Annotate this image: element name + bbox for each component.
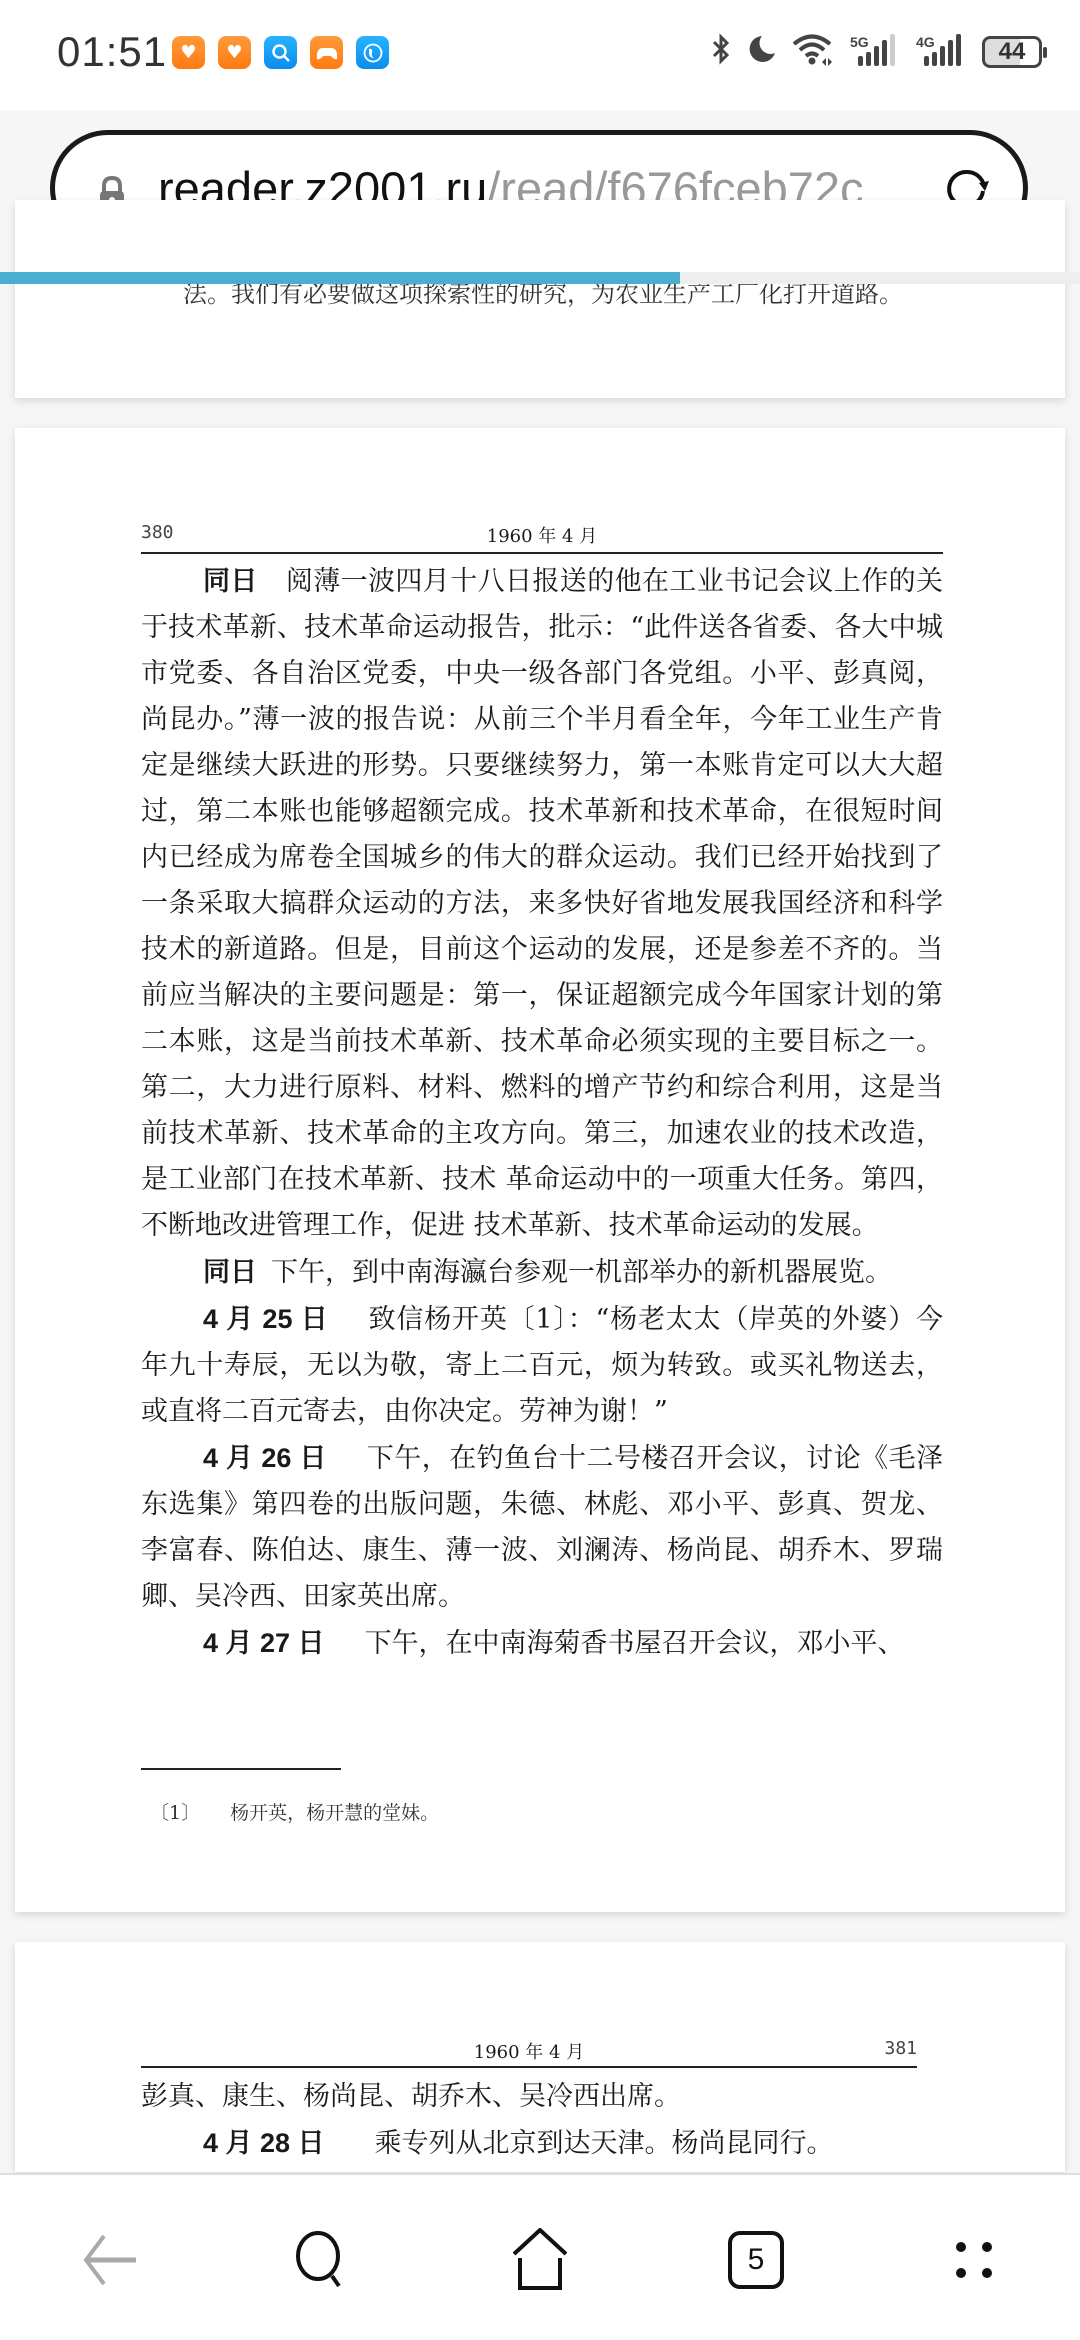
tabs-button[interactable]: 5 <box>716 2220 796 2300</box>
browser-bottom-toolbar: 5 <box>0 2173 1080 2340</box>
entry-paragraph: 4 月 28 日乘专列从北京到达天津。杨尚昆同行。 <box>141 2120 917 2167</box>
entry-text: 下午，在中南海菊香书屋召开会议，邓小平、 <box>365 1628 905 1659</box>
running-head-title: 1960 年 4 月 <box>141 522 943 548</box>
home-icon <box>508 2228 572 2292</box>
running-header: 380 1960 年 4 月 <box>141 522 943 548</box>
menu-button[interactable] <box>934 2220 1014 2300</box>
entry-paragraph: 4 月 27 日下午，在中南海菊香书屋召开会议，邓小平、 <box>141 1620 943 1667</box>
search-button[interactable] <box>282 2220 362 2300</box>
entry-text: 阅薄一波四月十八日报送的他在工业书记会议上作的关于技术革新、技术革命运动报告，批… <box>141 566 943 1241</box>
entry-text: 下午，到中南海瀛台参观一机部举办的新机器展览。 <box>271 1257 892 1288</box>
search-app-icon <box>264 36 297 69</box>
footnote-mark: 〔1〕 <box>150 1802 200 1824</box>
tab-count: 5 <box>748 2243 765 2277</box>
entry-date: 4 月 25 日 <box>203 1304 329 1334</box>
footnote-rule <box>141 1768 341 1770</box>
page-body: 同日阅薄一波四月十八日报送的他在工业书记会议上作的关于技术革新、技术革命运动报告… <box>141 558 943 1667</box>
running-header: 1960 年 4 月 381 <box>141 2038 917 2064</box>
running-head-title: 1960 年 4 月 <box>141 2038 917 2064</box>
entry-paragraph: 4 月 25 日致信杨开英〔1〕：“杨老太太（岸英的外婆）今年九十寿辰，无以为敬… <box>141 1296 943 1435</box>
entry-paragraph: 同日下午，到中南海瀛台参观一机部举办的新机器展览。 <box>141 1249 943 1296</box>
page-load-progress <box>0 272 1080 284</box>
health-icon: ♥ <box>172 36 205 69</box>
do-not-disturb-moon-icon <box>746 33 778 70</box>
tab-count-icon: 5 <box>728 2231 784 2289</box>
header-rule <box>141 552 943 554</box>
menu-dots-icon <box>949 2235 999 2285</box>
progress-fill <box>0 272 680 284</box>
home-button[interactable] <box>500 2220 580 2300</box>
wifi-icon <box>792 32 836 71</box>
header-rule <box>141 2066 917 2068</box>
back-arrow-icon <box>76 2230 140 2290</box>
status-bar: 01:51 ♥ ♥ 5G 4G 44 <box>0 0 1080 110</box>
entry-date: 4 月 28 日 <box>203 2128 325 2158</box>
clock: 01:51 <box>57 28 167 76</box>
continuation-text: 彭真、康生、杨尚昆、胡乔木、吴冷西出席。 <box>141 2074 917 2120</box>
footnote-text: 杨开英，杨开慧的堂妹。 <box>230 1802 439 1824</box>
game-center-icon <box>310 36 343 69</box>
entry-date: 4 月 26 日 <box>203 1443 327 1473</box>
search-icon <box>292 2228 352 2292</box>
entry-text: 乘专列从北京到达天津。杨尚昆同行。 <box>375 2128 834 2159</box>
footnote: 〔1〕杨开英，杨开慧的堂妹。 <box>150 1798 439 1825</box>
health-icon: ♥ <box>218 36 251 69</box>
book-page-previous: 法。我们有必要做这项探索性的研究，为农业生产工厂化打开道路。 <box>15 200 1065 398</box>
browser-icon <box>356 36 389 69</box>
notification-icons: ♥ ♥ <box>172 36 389 69</box>
entry-date: 4 月 27 日 <box>203 1628 325 1658</box>
page-body: 彭真、康生、杨尚昆、胡乔木、吴冷西出席。 4 月 28 日乘专列从北京到达天津。… <box>141 2074 917 2167</box>
page-number: 381 <box>884 2038 917 2059</box>
entry-paragraph: 4 月 26 日下午，在钓鱼台十二号楼召开会议，讨论《毛泽东选集》第四卷的出版问… <box>141 1435 943 1620</box>
entry-date: 同日 <box>203 566 258 596</box>
book-page-381: 1960 年 4 月 381 彭真、康生、杨尚昆、胡乔木、吴冷西出席。 4 月 … <box>15 1942 1065 2172</box>
bluetooth-icon <box>710 33 732 70</box>
system-icons: 5G 4G 44 <box>710 32 1042 71</box>
entry-date: 同日 <box>203 1257 257 1287</box>
signal-4g-icon: 4G <box>916 38 968 66</box>
entry-paragraph: 同日阅薄一波四月十八日报送的他在工业书记会议上作的关于技术革新、技术革命运动报告… <box>141 558 943 1249</box>
battery-indicator: 44 <box>982 36 1042 68</box>
signal-5g-icon: 5G <box>850 38 902 66</box>
book-page-380: 380 1960 年 4 月 同日阅薄一波四月十八日报送的他在工业书记会议上作的… <box>15 428 1065 1912</box>
back-button[interactable] <box>68 2220 148 2300</box>
